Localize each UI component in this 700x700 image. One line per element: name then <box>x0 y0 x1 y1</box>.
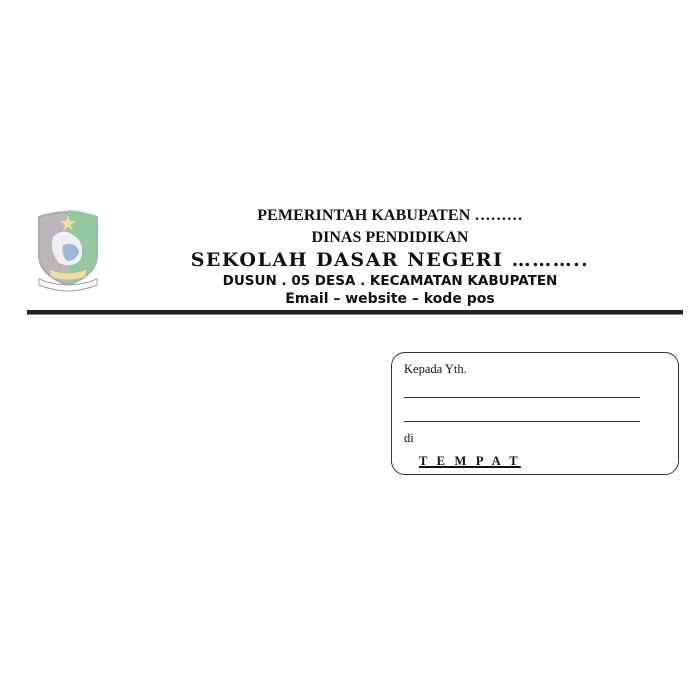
recipient-line-1 <box>404 397 640 398</box>
tempat-label: T E M P A T <box>419 454 521 469</box>
recipient-line-2 <box>404 421 640 422</box>
school-address: DUSUN . 05 DESA . KECAMATAN KABUPATEN <box>150 273 630 289</box>
government-line: PEMERINTAH KABUPATEN ……… <box>150 207 630 225</box>
school-contact: Email – website – kode pos <box>150 291 630 307</box>
di-label: di <box>404 431 414 446</box>
address-box: Kepada Yth. di T E M P A T <box>391 352 679 475</box>
letterhead-divider <box>27 310 683 315</box>
department-line: DINAS PENDIDIKAN <box>150 229 630 247</box>
regency-coat-of-arms-icon <box>33 207 103 293</box>
salutation: Kepada Yth. <box>404 362 467 377</box>
school-name: SEKOLAH DASAR NEGERI ……….. <box>150 249 630 271</box>
